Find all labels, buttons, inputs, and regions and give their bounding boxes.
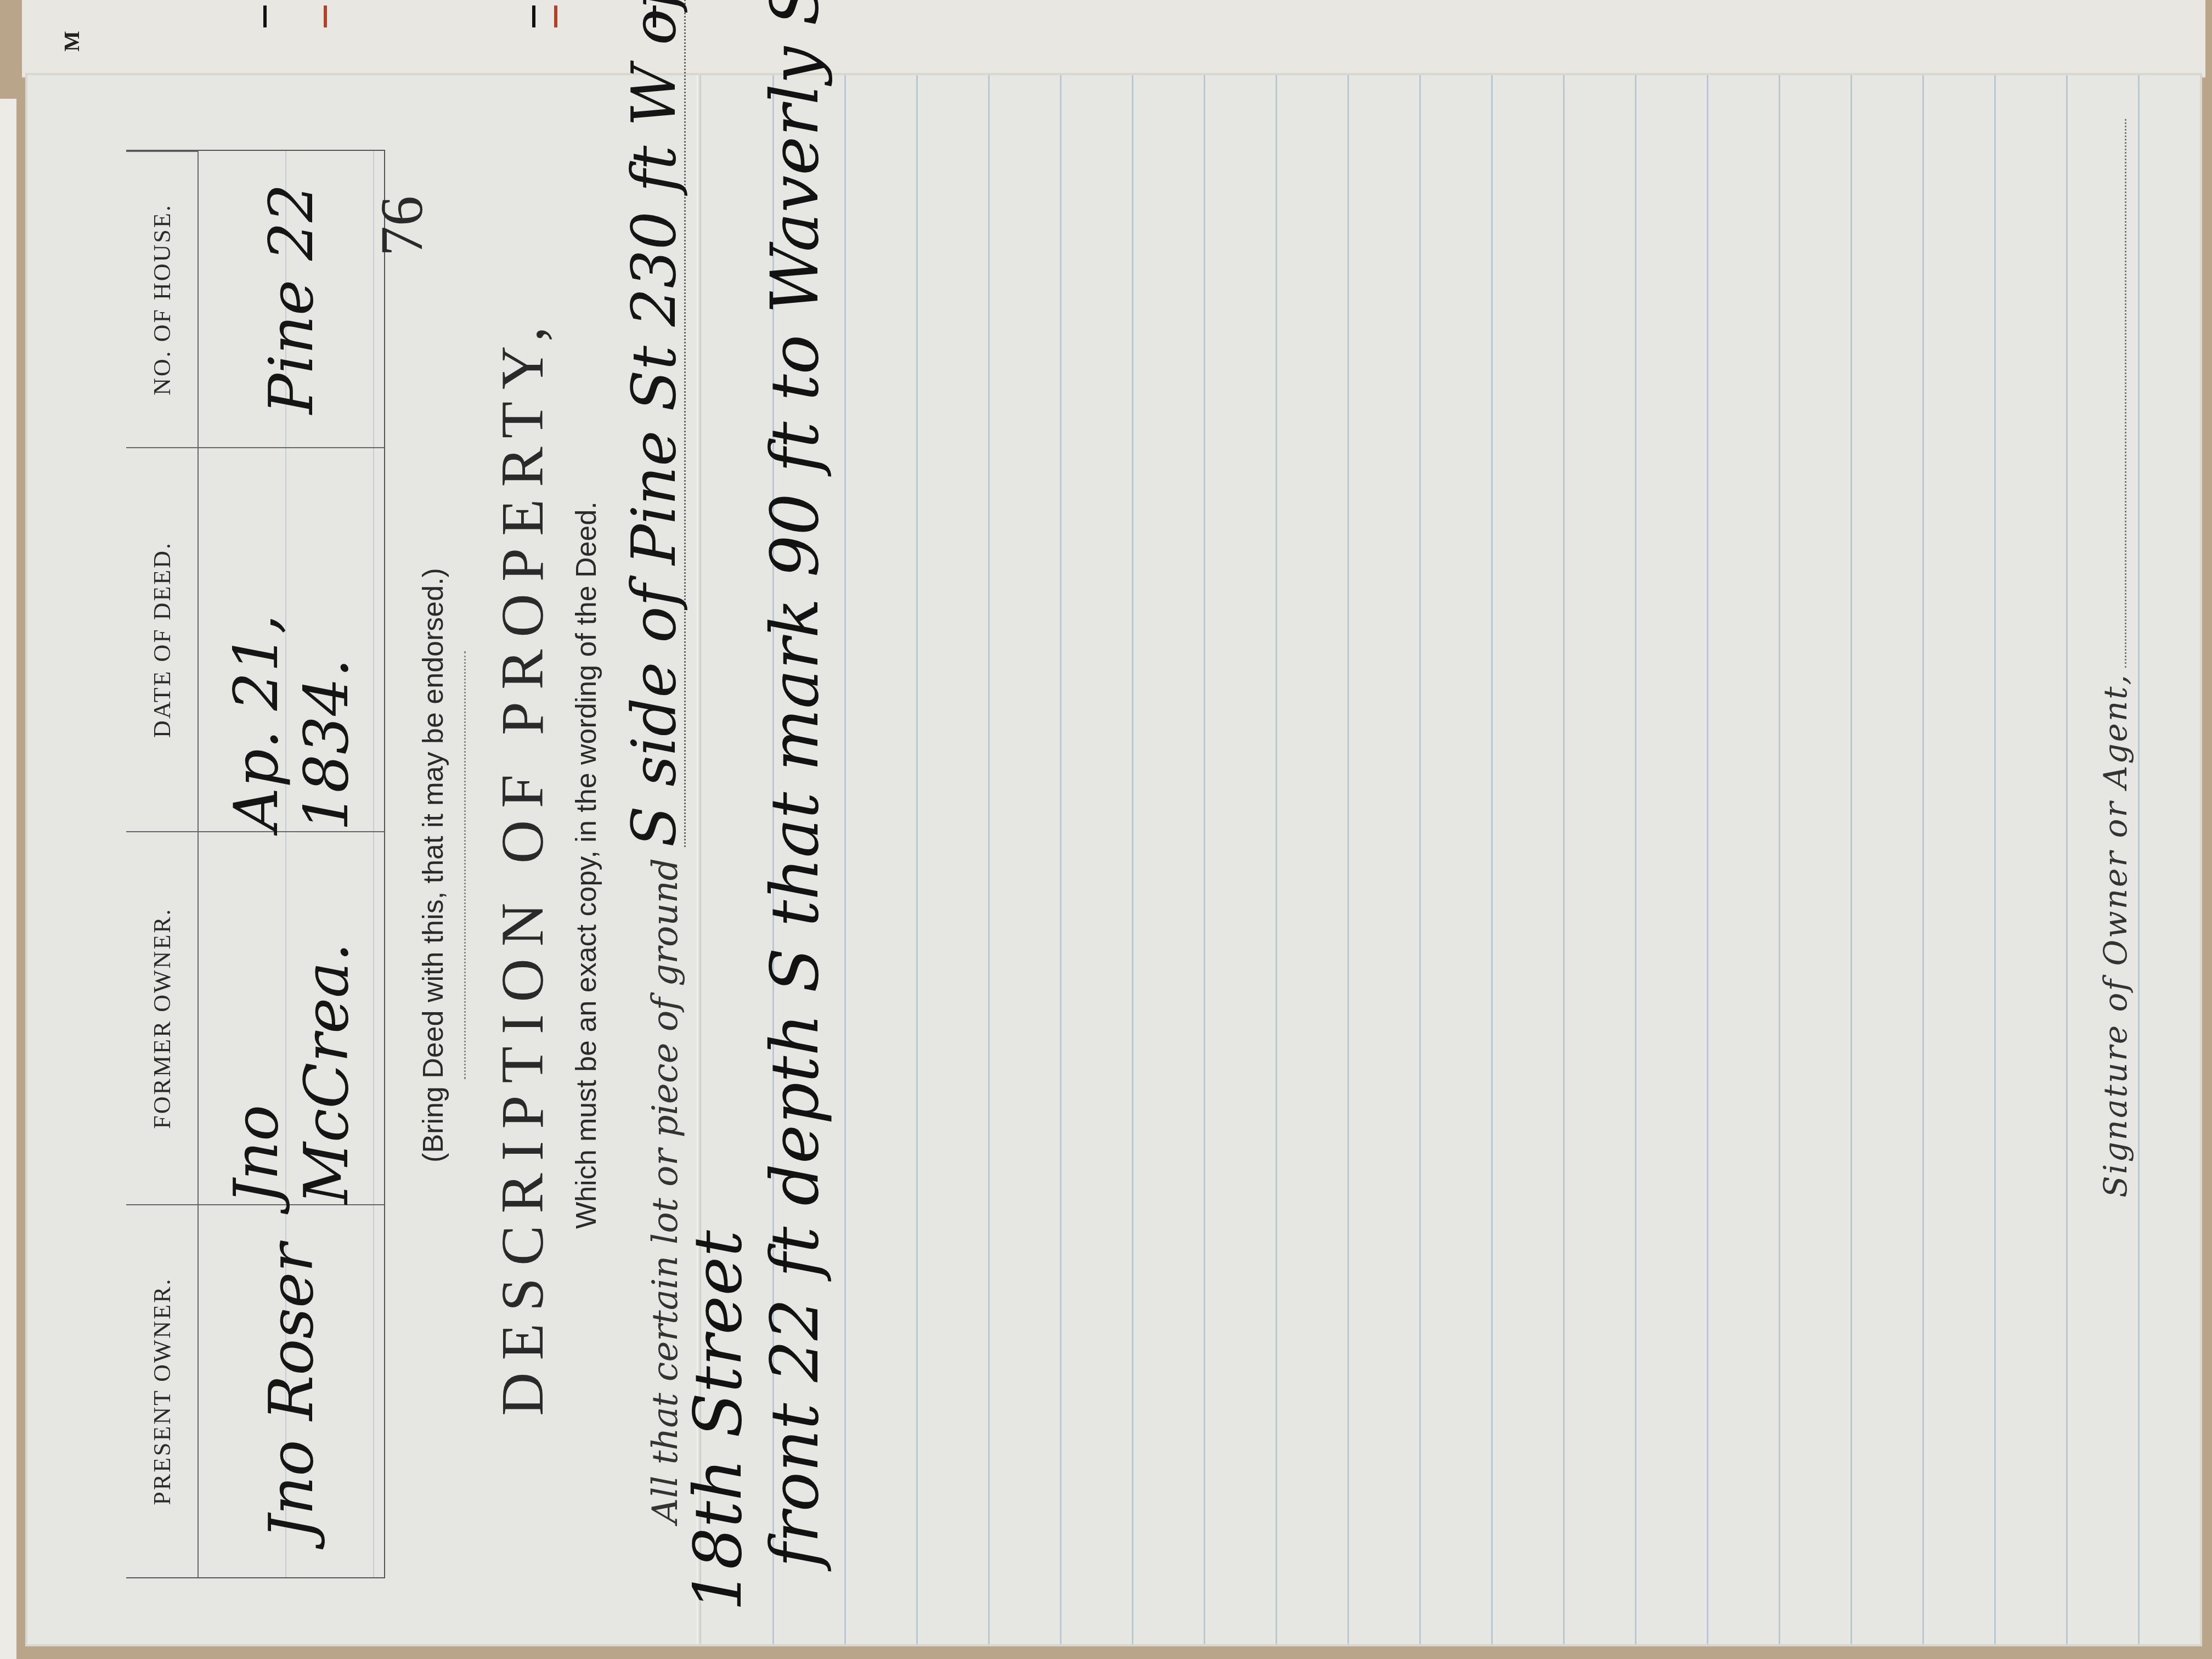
ledger-mark bbox=[263, 5, 267, 27]
house-number-value: Pine 22 bbox=[198, 151, 384, 447]
header-present-owner: PRESENT OWNER. bbox=[126, 1204, 198, 1577]
ruled-writing-area: 18th Street front 22 ft depth S that mar… bbox=[702, 75, 2200, 1644]
ledger-mark-red bbox=[324, 5, 327, 27]
printed-form-number: 76 bbox=[367, 196, 437, 256]
lot-label: All that certain lot or piece of ground bbox=[645, 858, 686, 1578]
decorative-rule bbox=[458, 651, 466, 1079]
signature-row: Signature of Owner or Agent, bbox=[2068, 75, 2134, 1644]
lot-description-row: All that certain lot or piece of ground … bbox=[598, 152, 686, 1578]
header-former-owner: FORMER OWNER. bbox=[126, 831, 198, 1204]
bring-deed-note: (Bring Deed with this, that it may be en… bbox=[417, 152, 450, 1578]
present-owner-value: Jno Roser bbox=[198, 1204, 384, 1577]
header-date-of-deed: DATE OF DEED. bbox=[126, 447, 198, 831]
ledger-mark-red bbox=[554, 5, 557, 27]
header-house-number: NO. OF HOUSE. bbox=[126, 151, 198, 447]
lot-description-line-1: S side of Pine St 230 ft W of bbox=[624, 0, 686, 847]
lot-description-line-3: front 22 ft depth S that mark 90 ft to W… bbox=[757, 0, 833, 1567]
signature-label: Signature of Owner or Agent, bbox=[2097, 673, 2134, 1198]
property-description-form: PRESENT OWNER. FORMER OWNER. DATE OF DEE… bbox=[27, 75, 2200, 1644]
title-row: DESCRIPTION OF PROPERTY, 76 bbox=[488, 152, 554, 1578]
bleed-through-ink bbox=[1558, 382, 2052, 1260]
underlying-sheet-edge bbox=[0, 99, 16, 1659]
underlying-sheet-tab-letter: M bbox=[47, 25, 96, 58]
owner-deed-table: PRESENT OWNER. FORMER OWNER. DATE OF DEE… bbox=[126, 150, 385, 1578]
ledger-mark bbox=[532, 5, 535, 27]
section-title: DESCRIPTION OF PROPERTY, bbox=[489, 314, 556, 1416]
document-photo: PRESENT OWNER. FORMER OWNER. DATE OF DEE… bbox=[16, 60, 2211, 1659]
lot-description-line-2: 18th Street bbox=[680, 1231, 757, 1611]
signature-line bbox=[2125, 119, 2126, 668]
date-of-deed-value: Ap. 21, 1834. bbox=[198, 447, 384, 831]
former-owner-value: Jno McCrea. bbox=[198, 831, 384, 1204]
